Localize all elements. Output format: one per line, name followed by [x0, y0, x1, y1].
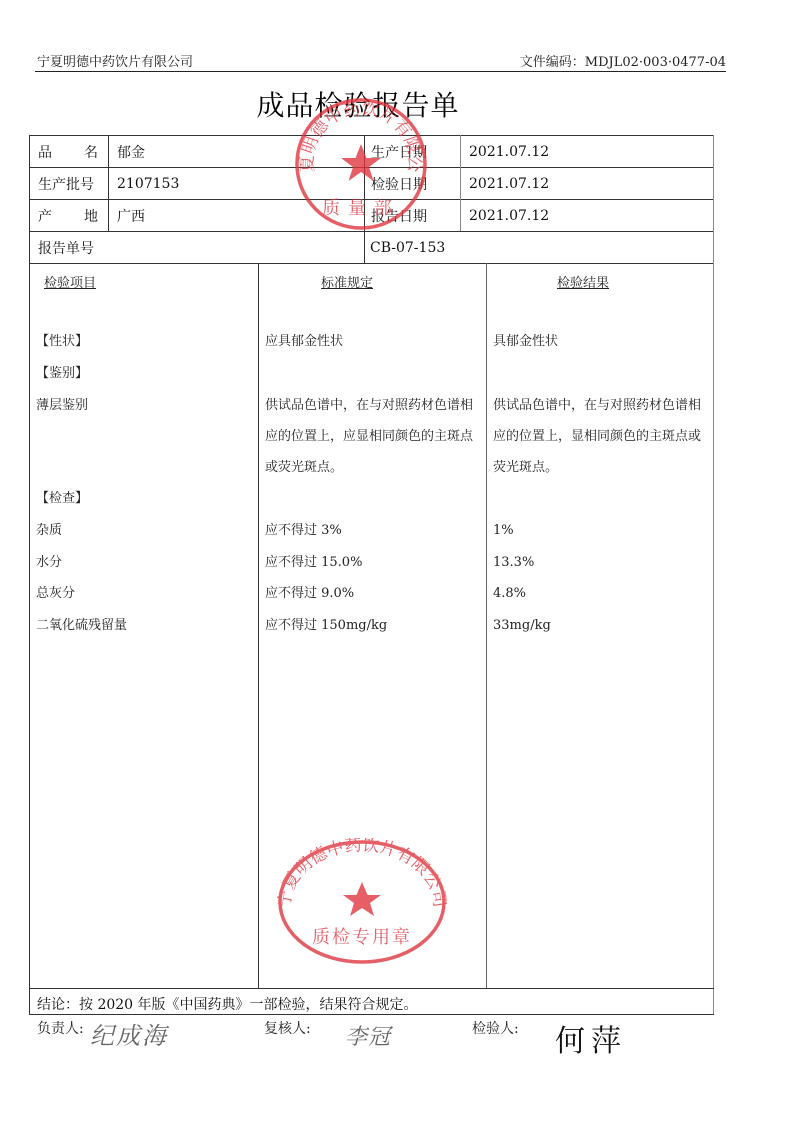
origin-label: 产地: [30, 200, 108, 231]
company-name: 宁夏明德中药饮片有限公司: [37, 51, 193, 70]
stamp-center-text: 质检专用章: [312, 927, 412, 948]
section-examination: 【检查】: [36, 491, 88, 507]
conclusion: 结论：按 2020 年版《中国药典》一部检验，结果符合规定。: [37, 994, 418, 1014]
reviewer-label: 复核人:: [264, 1018, 311, 1038]
inspection-date-label: 检验日期: [365, 168, 460, 199]
report-date-label: 报告日期: [365, 200, 460, 231]
col-header-result: 检验结果: [557, 272, 609, 291]
origin-value: 广西: [109, 200, 364, 231]
check-item: 二氧化硫残留量: [36, 618, 127, 634]
batch-label: 生产批号: [30, 168, 108, 199]
check-item: 水分: [36, 555, 62, 571]
page-title: 成品检验报告单: [0, 84, 716, 124]
production-date-value: 2021.07.12: [461, 136, 713, 167]
tlc-result: 供试品色谱中，在与对照药材色谱相应的位置上，显相同颜色的主斑点或荧光斑点。: [493, 390, 713, 483]
check-result: 33mg/kg: [493, 618, 551, 634]
reviewer-signature: 李冠: [345, 1020, 391, 1051]
check-standard: 应不得过 3%: [265, 523, 342, 539]
report-date-value: 2021.07.12: [461, 200, 713, 231]
check-result: 1%: [493, 523, 514, 539]
check-item: 总灰分: [36, 586, 75, 602]
check-result: 13.3%: [493, 555, 534, 571]
product-name-value: 郁金: [109, 136, 364, 167]
section-identification: 【鉴别】: [36, 366, 88, 382]
inspection-date-value: 2021.07.12: [461, 168, 713, 199]
check-standard: 应不得过 150mg/kg: [265, 618, 387, 634]
responsible-label: 负责人:: [37, 1018, 84, 1038]
col-header-standard: 标准规定: [321, 272, 373, 291]
product-name-label: 品名: [30, 136, 108, 167]
character-result: 具郁金性状: [493, 334, 558, 350]
check-item: 杂质: [36, 523, 62, 539]
tlc-standard: 供试品色谱中，在与对照药材色谱相应的位置上，应显相同颜色的主斑点或荧光斑点。: [265, 390, 485, 483]
file-code: 文件编码：MDJL02·003·0477-04: [520, 51, 726, 70]
batch-value: 2107153: [109, 168, 364, 199]
report-no-label: 报告单号: [30, 232, 364, 263]
stamp-ring-text: 宁夏明德中药饮片有限公司: [277, 838, 447, 909]
header-rule: [35, 71, 726, 72]
character-standard: 应具郁金性状: [265, 334, 343, 350]
production-date-label: 生产日期: [365, 136, 460, 167]
check-standard: 应不得过 15.0%: [265, 555, 362, 571]
check-standard: 应不得过 9.0%: [265, 586, 354, 602]
check-result: 4.8%: [493, 586, 526, 602]
col-header-item: 检验项目: [44, 272, 96, 291]
section-character: 【性状】: [36, 334, 88, 350]
qc-stamp: 宁夏明德中药饮片有限公司 质检专用章: [277, 838, 447, 966]
inspector-label: 检验人:: [472, 1018, 519, 1038]
inspector-signature: 何萍: [555, 1016, 627, 1060]
responsible-signature: 纪成海: [90, 1016, 168, 1051]
report-no-value: CB-07-153: [365, 232, 713, 263]
tlc-item: 薄层鉴别: [36, 398, 88, 414]
star-icon: [343, 882, 381, 916]
